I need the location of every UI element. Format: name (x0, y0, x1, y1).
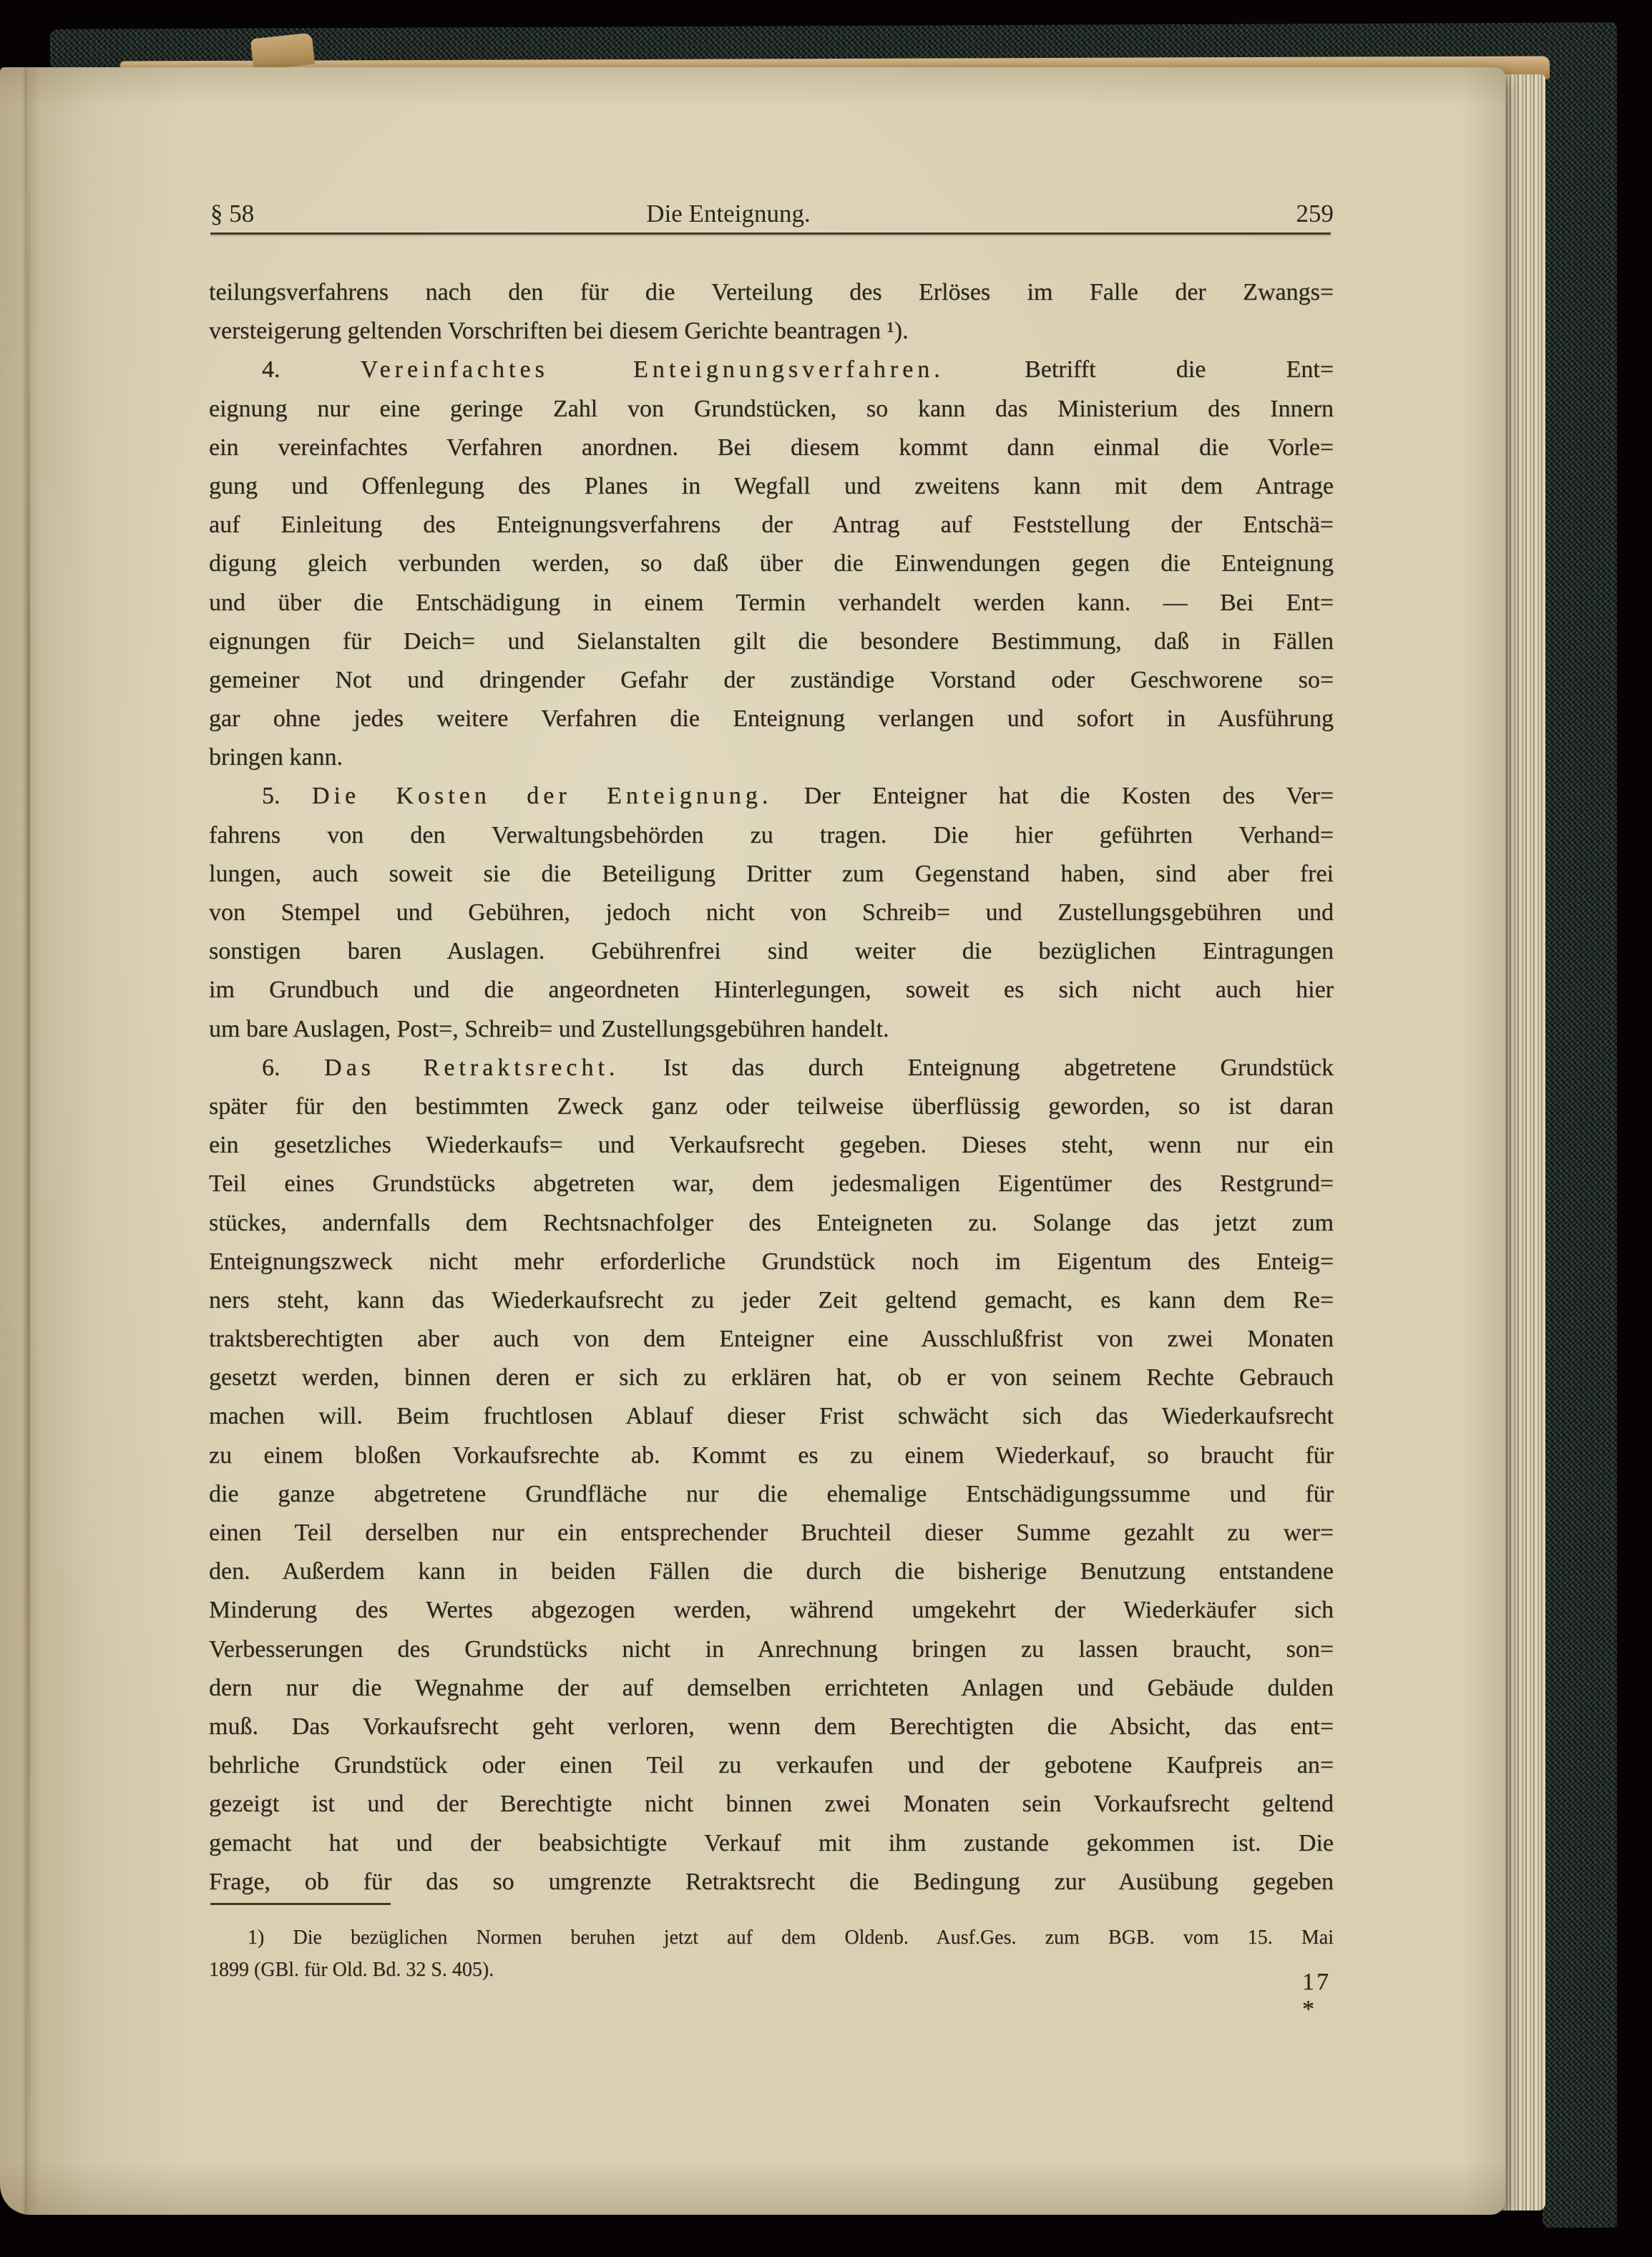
text-line: Verbesserungen des Grundstücks nicht in … (209, 1630, 1334, 1669)
page-edge-patch (250, 33, 315, 71)
text-line: Enteignungszweck nicht mehr erforderlich… (209, 1243, 1334, 1281)
page-header: § 58 Die Enteignung. 259 (209, 197, 1334, 230)
text-line: 4. Vereinfachtes Enteignungsverfahren. B… (209, 351, 1334, 389)
footnote-line: 1899 (GBl. für Old. Bd. 32 S. 405). (209, 1954, 1334, 1986)
text-line: sonstigen baren Auslagen. Gebührenfrei s… (209, 932, 1334, 971)
text-line: und über die Entschädigung in einem Term… (209, 584, 1334, 622)
running-title: Die Enteignung. (209, 197, 1248, 230)
book-page: § 58 Die Enteignung. 259 teilungsverfahr… (0, 67, 1505, 2215)
text-line: lungen, auch soweit sie die Beteiligung … (209, 855, 1334, 894)
text-line: zu einem bloßen Vorkaufsrechte ab. Kommt… (209, 1436, 1334, 1475)
text-line: 5. Die Kosten der Enteignung. Der Enteig… (209, 777, 1334, 816)
text-line: später für den bestimmten Zweck ganz ode… (209, 1087, 1334, 1126)
book-scan: § 58 Die Enteignung. 259 teilungsverfahr… (0, 0, 1652, 2257)
footnote-text: 1) Die bezüglichen Normen beruhen jetzt … (209, 1921, 1334, 1986)
text-line: fahrens von den Verwaltungsbehörden zu t… (209, 816, 1334, 855)
text-line: traktsberechtigten aber auch von dem Ent… (209, 1320, 1334, 1358)
text-line: die ganze abgetretene Grundfläche nur di… (209, 1475, 1334, 1514)
text-line: gemacht hat und der beabsichtigte Verkau… (209, 1824, 1334, 1863)
text-line: bringen kann. (209, 738, 1334, 777)
text-line: ein vereinfachtes Verfahren anordnen. Be… (209, 429, 1334, 467)
text-line: dern nur die Wegnahme der auf demselben … (209, 1669, 1334, 1708)
signature-mark: 17 * (1302, 1969, 1334, 2023)
text-line: ein gesetzliches Wiederkaufs= und Verkau… (209, 1126, 1334, 1165)
text-line: gezeigt ist und der Berechtigte nicht bi… (209, 1785, 1334, 1823)
page-number: 259 (1296, 197, 1334, 230)
text-line: eignungen für Deich= und Sielanstalten g… (209, 622, 1334, 661)
footnote-rule (210, 1903, 391, 1905)
text-line: 6. Das Retraktsrecht. Ist das durch Ente… (209, 1049, 1334, 1087)
text-line: ners steht, kann das Wiederkaufsrecht zu… (209, 1281, 1334, 1320)
text-line: gar ohne jedes weitere Verfahren die Ent… (209, 700, 1334, 738)
text-line: muß. Das Vorkaufsrecht geht verloren, we… (209, 1708, 1334, 1746)
text-line: gesetzt werden, binnen deren er sich zu … (209, 1358, 1334, 1397)
text-line: um bare Auslagen, Post=, Schreib= und Zu… (209, 1010, 1334, 1049)
text-line: Teil eines Grundstücks abgetreten war, d… (209, 1165, 1334, 1203)
header-rule (210, 232, 1331, 235)
page-edge-stack-right (1500, 74, 1545, 2211)
text-line: gung und Offenlegung des Planes in Wegfa… (209, 467, 1334, 506)
gutter-seam (27, 67, 30, 2215)
text-line: Frage, ob für das so umgrenzte Retraktsr… (209, 1863, 1334, 1901)
text-line: behrliche Grundstück oder einen Teil zu … (209, 1746, 1334, 1785)
book-cover-right (1543, 37, 1617, 2228)
text-line: versteigerung geltenden Vorschriften bei… (209, 312, 1334, 351)
text-line: auf Einleitung des Enteignungsverfahrens… (209, 506, 1334, 544)
text-line: gemeiner Not und dringender Gefahr der z… (209, 661, 1334, 700)
text-line: im Grundbuch und die angeordneten Hinter… (209, 971, 1334, 1009)
body-text: teilungsverfahrens nach den für die Vert… (209, 273, 1334, 1901)
footnote-line: 1) Die bezüglichen Normen beruhen jetzt … (209, 1921, 1334, 1954)
text-line: von Stempel und Gebühren, jedoch nicht v… (209, 894, 1334, 932)
text-line: einen Teil derselben nur ein entsprechen… (209, 1514, 1334, 1552)
text-line: Minderung des Wertes abgezogen werden, w… (209, 1591, 1334, 1630)
text-line: digung gleich verbunden werden, so daß ü… (209, 544, 1334, 583)
text-line: teilungsverfahrens nach den für die Vert… (209, 273, 1334, 312)
text-line: eignung nur eine geringe Zahl von Grunds… (209, 390, 1334, 429)
text-line: stückes, andernfalls dem Rechtsnachfolge… (209, 1204, 1334, 1243)
text-line: den. Außerdem kann in beiden Fällen die … (209, 1552, 1334, 1591)
text-line: machen will. Beim fruchtlosen Ablauf die… (209, 1397, 1334, 1436)
